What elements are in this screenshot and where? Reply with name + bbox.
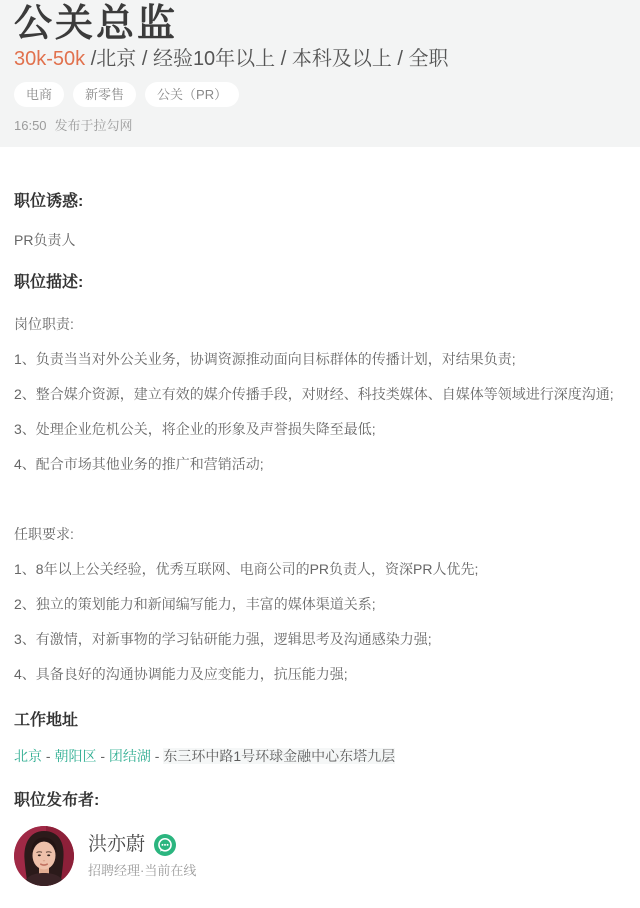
temptation-heading: 职位诱惑: — [14, 191, 626, 213]
publisher-card: 洪亦蔚 招聘经理·当前在线 — [14, 826, 626, 886]
section-work-address: 工作地址 北京 - 朝阳区 - 团结湖 - 东三环中路1号环球金融中心东塔九层 — [14, 710, 626, 766]
requirement-item: 1、8年以上公关经验，优秀互联网、电商公司的PR负责人，资深PR人优先; — [14, 559, 626, 579]
address-separator: - — [42, 748, 54, 764]
publisher-name: 洪亦蔚 — [88, 833, 145, 857]
publisher-avatar — [14, 826, 74, 886]
address-line: 北京 - 朝阳区 - 团结湖 - 东三环中路1号环球金融中心东塔九层 — [14, 746, 626, 766]
requirement-item: 3、有激情，对新事物的学习钻研能力强，逻辑思考及沟通感染力强; — [14, 629, 626, 649]
responsibilities-label: 岗位职责: — [14, 314, 626, 334]
publish-time-row: 16:50发布于拉勾网 — [14, 117, 626, 135]
job-tag[interactable]: 电商 — [14, 82, 64, 107]
publisher-heading: 职位发布者: — [14, 790, 626, 812]
responsibility-item: 2、整合媒介资源，建立有效的媒介传播手段，对财经、科技类媒体、自媒体等领域进行深… — [14, 384, 626, 404]
responsibilities-group: 岗位职责: 1、负责当当对外公关业务，协调资源推动面向目标群体的传播计划，对结果… — [14, 314, 626, 474]
address-detail: 东三环中路1号环球金融中心东塔九层 — [163, 748, 395, 764]
address-link-city[interactable]: 北京 — [14, 748, 42, 764]
address-separator: - — [96, 748, 108, 764]
section-description: 职位描述: 岗位职责: 1、负责当当对外公关业务，协调资源推动面向目标群体的传播… — [14, 272, 626, 684]
requirement-item: 4、具备良好的沟通协调能力及应变能力，抗压能力强; — [14, 664, 626, 684]
address-separator: - — [151, 748, 163, 764]
chat-bubble-online-icon[interactable] — [154, 834, 176, 856]
job-header: 公关总监 30k-50k /北京 / 经验10年以上 / 本科及以上 / 全职 … — [0, 0, 640, 147]
publish-time: 16:50 — [14, 118, 47, 133]
job-meta-details: /北京 / 经验10年以上 / 本科及以上 / 全职 — [85, 48, 448, 70]
section-temptation: 职位诱惑: PR负责人 — [14, 191, 626, 250]
job-title: 公关总监 — [14, 4, 626, 44]
responsibility-item: 4、配合市场其他业务的推广和营销活动; — [14, 454, 626, 474]
job-tag-row: 电商 新零售 公关（PR） — [14, 82, 626, 107]
job-tag[interactable]: 公关（PR） — [145, 82, 239, 107]
salary-text: 30k-50k — [14, 48, 85, 70]
address-link-area[interactable]: 团结湖 — [109, 748, 151, 764]
publisher-info: 洪亦蔚 招聘经理·当前在线 — [88, 833, 196, 879]
responsibility-item: 3、处理企业危机公关，将企业的形象及声誉损失降至最低; — [14, 419, 626, 439]
job-tag[interactable]: 新零售 — [73, 82, 136, 107]
requirement-item: 2、独立的策划能力和新闻编写能力，丰富的媒体渠道关系; — [14, 594, 626, 614]
publisher-role-status: 招聘经理·当前在线 — [88, 863, 196, 879]
publish-source: 发布于拉勾网 — [55, 118, 133, 133]
job-detail-body: 职位诱惑: PR负责人 职位描述: 岗位职责: 1、负责当当对外公关业务，协调资… — [0, 191, 640, 908]
requirements-group: 任职要求: 1、8年以上公关经验，优秀互联网、电商公司的PR负责人，资深PR人优… — [14, 524, 626, 684]
publisher-name-row: 洪亦蔚 — [88, 833, 196, 857]
address-link-district[interactable]: 朝阳区 — [54, 748, 96, 764]
job-meta: 30k-50k /北京 / 经验10年以上 / 本科及以上 / 全职 — [14, 46, 626, 72]
section-publisher: 职位发布者: — [14, 790, 626, 886]
responsibility-item: 1、负责当当对外公关业务，协调资源推动面向目标群体的传播计划，对结果负责; — [14, 349, 626, 369]
temptation-content: PR负责人 — [14, 230, 626, 250]
requirements-label: 任职要求: — [14, 524, 626, 544]
address-heading: 工作地址 — [14, 710, 626, 732]
description-heading: 职位描述: — [14, 272, 626, 294]
